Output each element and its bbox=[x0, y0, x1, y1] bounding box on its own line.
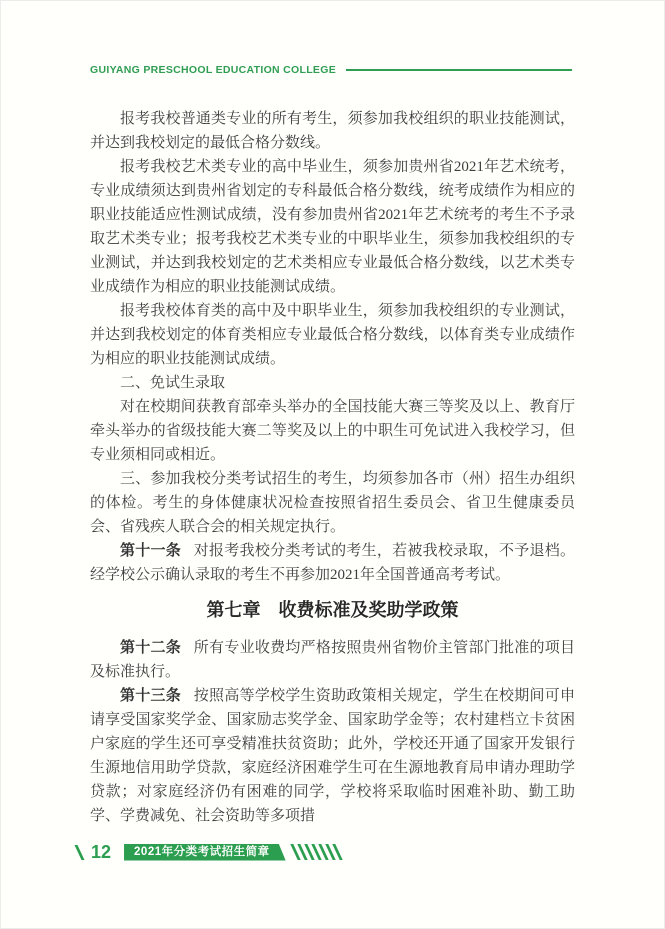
paragraph-sports-admission: 报考我校体育类的高中及中职毕业生，须参加我校组织的专业测试，并达到我校划定的体育… bbox=[90, 299, 575, 371]
chapter-heading: 第七章 收费标准及奖助学政策 bbox=[90, 597, 575, 623]
article-number: 第十三条 bbox=[120, 688, 181, 704]
paragraph-text: 对在校期间获教育部牵头举办的全国技能大赛三等奖及以上、教育厅牵头举办的省级技能大… bbox=[90, 399, 575, 463]
article-number: 第十二条 bbox=[120, 640, 181, 656]
footer-stripes-icon bbox=[294, 844, 339, 860]
article-number: 第十一条 bbox=[120, 543, 181, 559]
paragraph-text: 报考我校体育类的高中及中职毕业生，须参加我校组织的专业测试，并达到我校划定的体育… bbox=[90, 303, 575, 367]
footer-banner: 2021年分类考试招生简章 bbox=[124, 844, 286, 861]
paragraph-text: 二、免试生录取 bbox=[120, 375, 225, 391]
paragraph-text: 报考我校艺术类专业的高中毕业生，须参加贵州省2021年艺术统考，专业成绩须达到贵… bbox=[90, 159, 575, 295]
page-number: 12 bbox=[91, 842, 111, 862]
paragraph-exempt-heading: 二、免试生录取 bbox=[90, 371, 575, 395]
paragraph-art-admission: 报考我校艺术类专业的高中毕业生，须参加贵州省2021年艺术统考，专业成绩须达到贵… bbox=[90, 155, 575, 299]
paragraph-medical-exam: 三、参加我校分类考试招生的考生，均须参加各市（州）招生办组织的体检。考生的身体健… bbox=[90, 467, 575, 539]
header-divider-line bbox=[346, 69, 572, 71]
paragraph-text: 三、参加我校分类考试招生的考生，均须参加各市（州）招生办组织的体检。考生的身体健… bbox=[90, 471, 575, 535]
paragraph-article-12: 第十二条所有专业收费均严格按照贵州省物价主管部门批准的项目及标准执行。 bbox=[90, 636, 575, 684]
paragraph-text: 报考我校普通类专业的所有考生，须参加我校组织的职业技能测试，并达到我校划定的最低… bbox=[90, 111, 575, 151]
paragraph-text: 按照高等学校学生资助政策相关规定，学生在校期间可申请享受国家奖学金、国家励志奖学… bbox=[90, 688, 575, 824]
page-header: GUIYANG PRESCHOOL EDUCATION COLLEGE bbox=[90, 62, 575, 78]
page-footer: 12 2021年分类考试招生简章 bbox=[78, 842, 338, 862]
footer-slash-icon bbox=[75, 845, 85, 860]
paragraph-exempt-rules: 对在校期间获教育部牵头举办的全国技能大赛三等奖及以上、教育厅牵头举办的省级技能大… bbox=[90, 395, 575, 467]
document-page: GUIYANG PRESCHOOL EDUCATION COLLEGE 报考我校… bbox=[0, 0, 665, 929]
paragraph-general-admission: 报考我校普通类专业的所有考生，须参加我校组织的职业技能测试，并达到我校划定的最低… bbox=[90, 107, 575, 155]
document-body: 报考我校普通类专业的所有考生，须参加我校组织的职业技能测试，并达到我校划定的最低… bbox=[90, 107, 575, 828]
footer-banner-text: 2021年分类考试招生简章 bbox=[134, 846, 270, 858]
paragraph-article-11: 第十一条对报考我校分类考试的考生，若被我校录取，不予退档。经学校公示确认录取的考… bbox=[90, 539, 575, 587]
paragraph-article-13: 第十三条按照高等学校学生资助政策相关规定，学生在校期间可申请享受国家奖学金、国家… bbox=[90, 684, 575, 828]
college-name-en: GUIYANG PRESCHOOL EDUCATION COLLEGE bbox=[90, 64, 336, 76]
